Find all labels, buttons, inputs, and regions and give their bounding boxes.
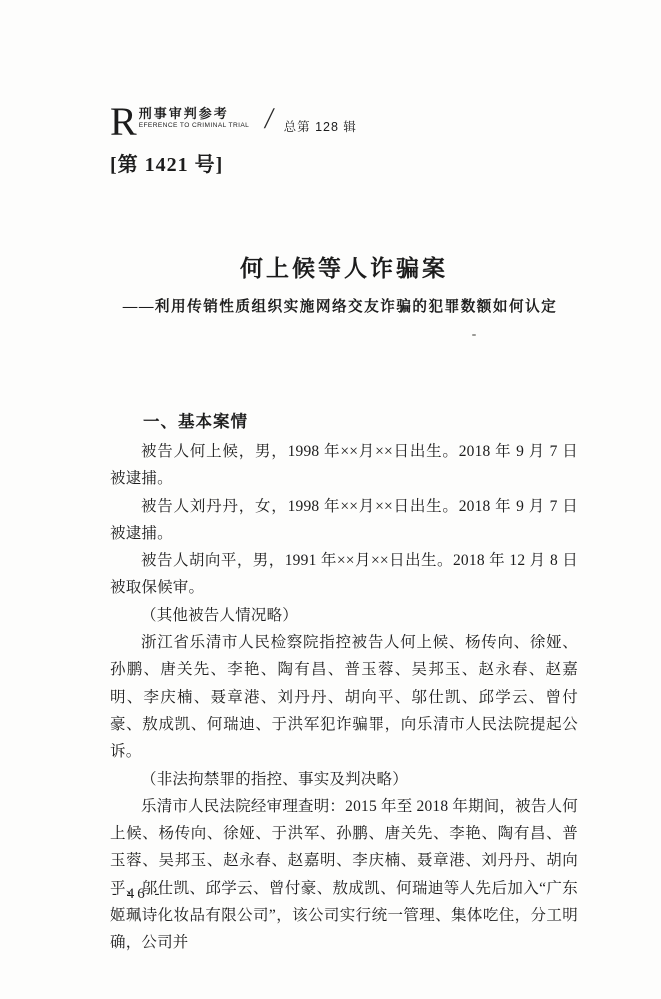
body-paragraph: 被告人何上候，男，1998 年××月××日出生。2018 年 9 月 7 日被逮… [110,438,578,493]
case-title: 何上候等人诈骗案 [110,250,578,283]
case-body-text: 被告人何上候，男，1998 年××月××日出生。2018 年 9 月 7 日被逮… [110,438,578,957]
body-paragraph: （非法拘禁罪的指控、事实及判决略） [110,766,578,793]
issue-number-label: 总第 128 辑 [284,117,357,135]
section-heading-basic-facts: 一、基本案情 [110,408,248,432]
body-paragraph: 浙江省乐清市人民检察院指控被告人何上候、杨传向、徐娅、孙鹏、唐关先、李艳、陶有昌… [110,629,578,765]
body-paragraph: 被告人刘丹丹，女，1998 年××月××日出生。2018 年 9 月 7 日被逮… [110,493,578,548]
document-page: R 刑事审判参考 EFERENCE TO CRIMINAL TRIAL / 总第… [0,0,661,999]
body-paragraph: 被告人胡向平，男，1991 年××月××日出生。2018 年 12 月 8 日被… [110,547,578,602]
journal-name-chinese: 刑事审判参考 [139,107,250,121]
journal-logo-initial: R [110,104,137,140]
case-number-heading: [第 1421 号] [110,148,223,177]
scan-artifact-speck [472,334,476,336]
body-paragraph: （其他被告人情况略） [110,602,578,629]
journal-logo-text: 刑事审判参考 EFERENCE TO CRIMINAL TRIAL [139,107,250,130]
journal-name-english: EFERENCE TO CRIMINAL TRIAL [139,122,250,130]
masthead-slash-divider: / [263,104,276,134]
page-number: - 46 - [112,886,163,903]
body-paragraph: 乐清市人民法院经审理查明：2015 年至 2018 年期间，被告人何上候、杨传向… [110,793,578,957]
journal-masthead: R 刑事审判参考 EFERENCE TO CRIMINAL TRIAL / 总第… [110,104,357,140]
case-subtitle: ——利用传销性质组织实施网络交友诈骗的犯罪数额如何认定 [90,295,590,316]
